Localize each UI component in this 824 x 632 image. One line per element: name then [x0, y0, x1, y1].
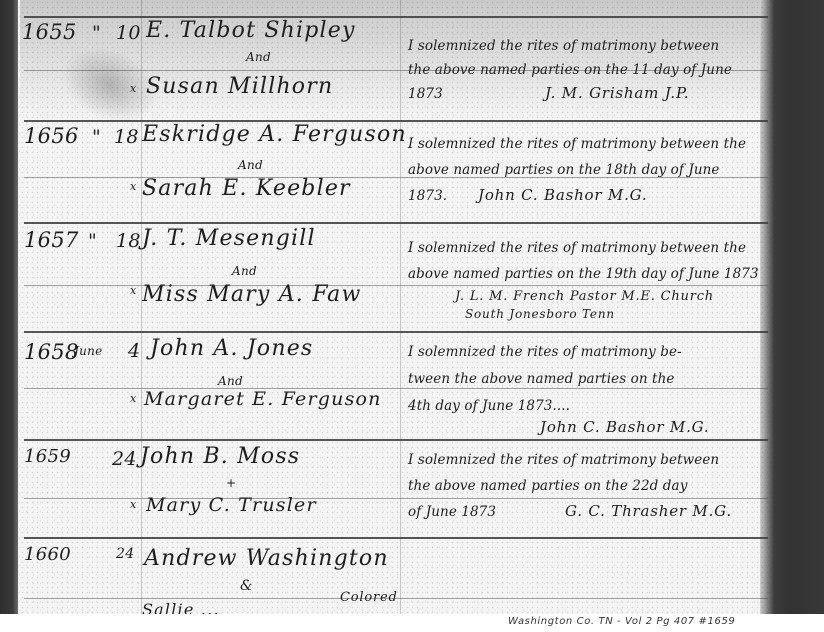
entry-number: 1655	[22, 20, 77, 44]
bride-name: Sarah E. Keebler	[142, 176, 351, 201]
entry-day: 4	[128, 340, 140, 362]
certificate-line: 4th day of June 1873....	[408, 398, 570, 414]
groom-name: E. Talbot Shipley	[146, 18, 356, 43]
row-rule	[24, 439, 768, 441]
certificate-line: of June 1873	[408, 504, 496, 520]
scan-shadow	[20, 0, 760, 120]
groom-name: Andrew Washington	[144, 546, 389, 571]
row-rule	[24, 16, 768, 18]
bride-name: Mary C. Trusler	[146, 494, 317, 516]
officiant-signature: J. L. M. French Pastor M.E. Church	[455, 289, 714, 304]
entry-day: 24	[116, 546, 134, 562]
entry-day: 18	[114, 126, 139, 148]
groom-name: J. T. Mesengill	[142, 226, 316, 251]
bride-name: Susan Millhorn	[146, 74, 333, 99]
connector: And	[246, 50, 271, 64]
entry-number: 1658	[24, 340, 79, 364]
entry-month: "	[88, 230, 97, 252]
entry-month: "	[92, 22, 101, 44]
entry-month: June	[74, 344, 103, 358]
check-mark: x	[130, 392, 137, 405]
certificate-line: I solemnized the rites of matrimony betw…	[408, 452, 719, 468]
row-guide	[24, 388, 768, 389]
scan-corner	[0, 620, 20, 632]
certificate-line: above named parties on the 19th day of J…	[408, 266, 759, 282]
entry-number: 1660	[24, 544, 71, 565]
book-binding-shadow-left	[0, 0, 18, 620]
certificate-line: I solemnized the rites of matrimony betw…	[408, 136, 746, 152]
check-mark: x	[130, 498, 137, 511]
book-gutter-shadow-right	[760, 0, 824, 614]
officiant-signature: J. M. Grisham J.P.	[545, 84, 689, 102]
certificate-line: I solemnized the rites of matrimony betw…	[408, 240, 746, 256]
certificate-line: above named parties on the 18th day of J…	[408, 162, 720, 178]
check-mark: x	[130, 284, 137, 297]
entry-number: 1656	[24, 124, 79, 148]
connector: And	[238, 158, 263, 172]
entry-day: 18	[116, 230, 141, 252]
connector: &	[240, 578, 253, 594]
entry-day: 24	[112, 448, 137, 470]
annotation-colored: Colored	[340, 590, 398, 605]
check-mark: x	[130, 180, 137, 193]
officiant-location: South Jonesboro Tenn	[465, 307, 615, 321]
groom-name: Eskridge A. Ferguson	[142, 122, 407, 147]
groom-name: John A. Jones	[150, 336, 313, 361]
certificate-line: tween the above named parties on the	[408, 371, 674, 387]
citation-note: Washington Co. TN - Vol 2 Pg 407 #1659	[508, 616, 735, 627]
certificate-line: I solemnized the rites of matrimony betw…	[408, 38, 719, 54]
row-rule	[24, 222, 768, 224]
row-rule	[24, 331, 768, 333]
entry-month: "	[92, 126, 101, 148]
officiant-signature: John C. Bashor M.G.	[478, 186, 647, 204]
entry-day: 10	[116, 22, 141, 44]
groom-name: John B. Moss	[140, 444, 300, 469]
officiant-signature: John C. Bashor M.G.	[540, 418, 709, 436]
ledger-page: 1655 " 10 E. Talbot Shipley And x Susan …	[0, 0, 824, 632]
bride-name: Margaret E. Ferguson	[144, 388, 382, 410]
bride-name: Miss Mary A. Faw	[142, 282, 362, 307]
column-divider	[400, 0, 401, 614]
connector: And	[232, 264, 257, 278]
entry-number: 1659	[24, 446, 71, 467]
column-divider	[141, 0, 142, 614]
certificate-line: 1873.	[408, 188, 447, 204]
certificate-line: the above named parties on the 11 day of…	[408, 62, 732, 78]
certificate-line: the above named parties on the 22d day	[408, 478, 687, 494]
check-mark: x	[130, 82, 137, 95]
connector: +	[226, 476, 236, 490]
row-rule	[24, 537, 768, 539]
officiant-signature: G. C. Thrasher M.G.	[565, 502, 732, 520]
entry-number: 1657	[24, 228, 79, 252]
certificate-line: I solemnized the rites of matrimony be-	[408, 344, 682, 360]
connector: And	[218, 374, 243, 388]
certificate-line: 1873	[408, 86, 443, 102]
